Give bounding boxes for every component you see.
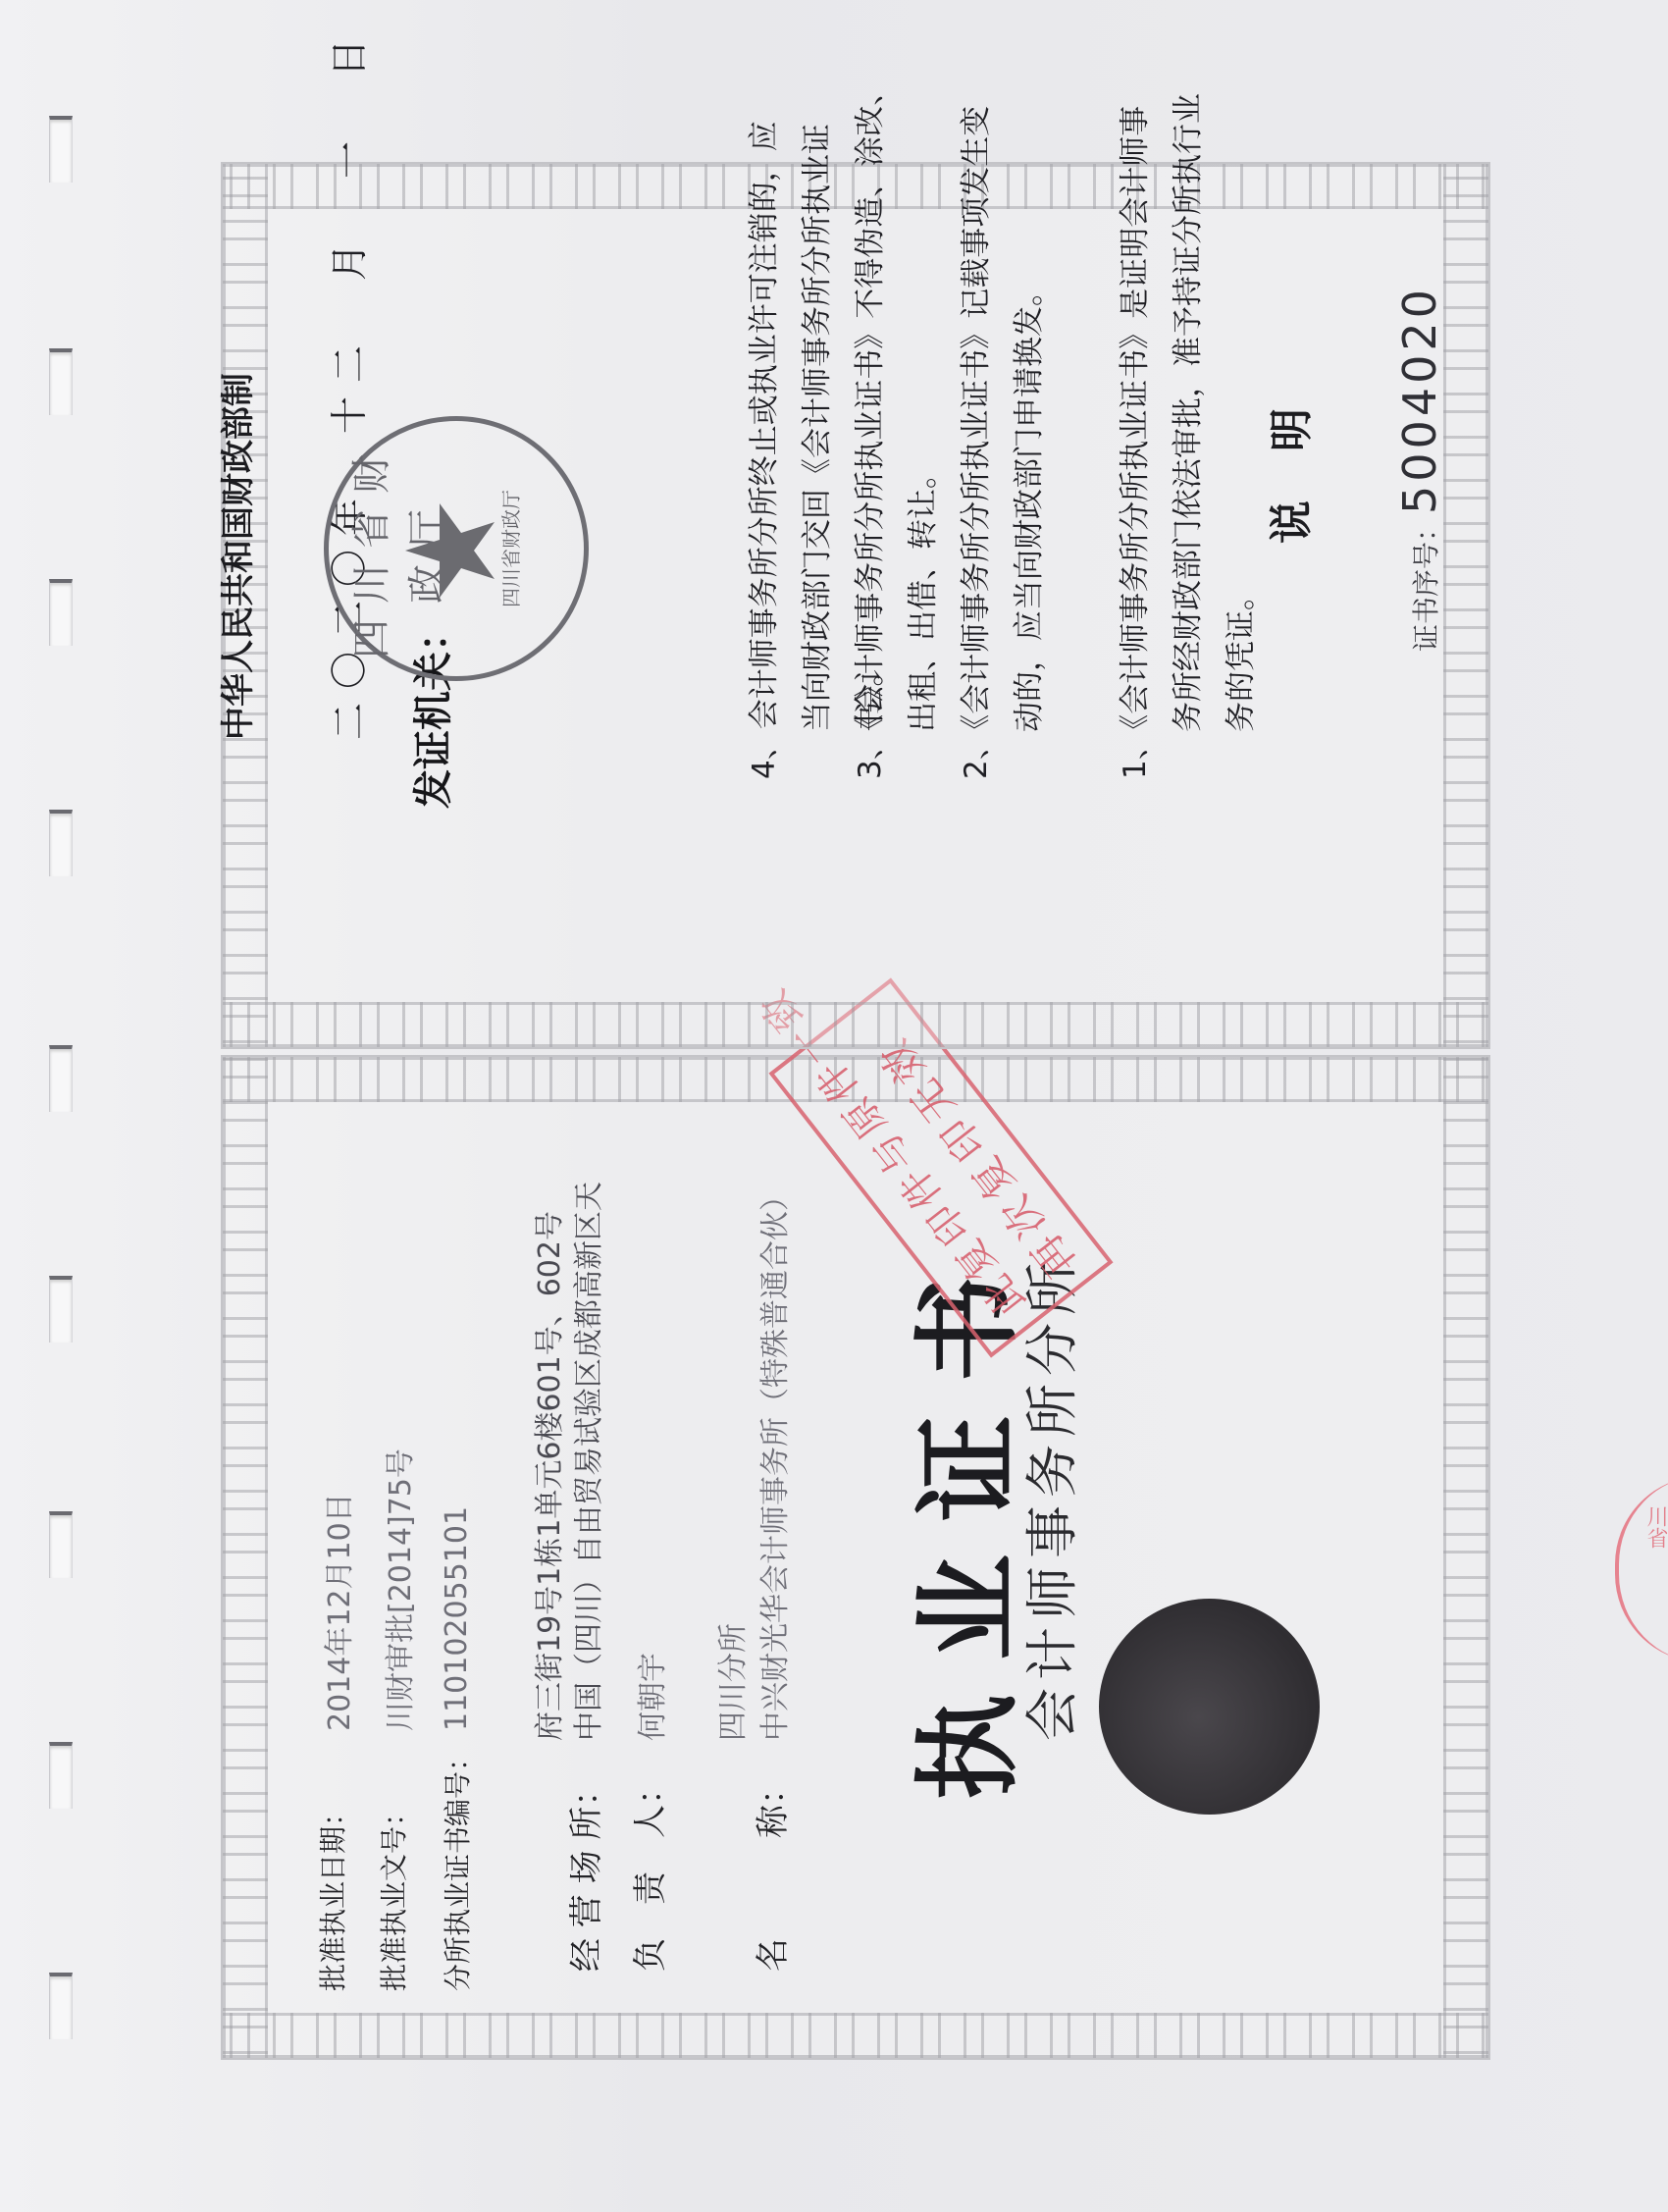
info-label-approval-date: 批准执业日期： xyxy=(312,1799,351,1991)
field-value-name-line2: 四川分所 xyxy=(708,1623,752,1741)
serial-number: 证书序号：5004020 xyxy=(1393,286,1446,652)
border-pattern xyxy=(223,1057,268,2058)
border-pattern xyxy=(1443,1057,1488,2058)
note-item-2: 2、《会计师事务所分所执业证书》记载事项发生变 动的，应当向财政部门申请换发。 xyxy=(950,106,1056,779)
serial-label: 证书序号： xyxy=(1410,514,1442,652)
field-value-address-line2: 府三街19号1栋1单元6楼601号、602号 xyxy=(525,1211,568,1741)
field-label-name: 名 称： xyxy=(746,1771,794,1972)
field-value-head: 何朝宇 xyxy=(628,1653,671,1741)
field-label-address: 经 营 场 所： xyxy=(559,1773,607,1972)
field-value-address: 中国（四川）自由贸易试验区成都高新区天 xyxy=(564,1182,607,1741)
serial-value: 5004020 xyxy=(1393,286,1446,514)
national-emblem-icon xyxy=(1099,1599,1320,1815)
maker-line: 中华人民共和国财政部制 xyxy=(211,373,259,740)
border-pattern xyxy=(223,1002,1488,1047)
border-pattern xyxy=(1443,164,1488,1047)
info-value-cert-number: 110102055101 xyxy=(440,1506,474,1731)
border-pattern xyxy=(223,2013,1488,2058)
info-label-cert-number: 分所执业证书编号： xyxy=(437,1744,476,1991)
info-value-approval-date: 2014年12月10日 xyxy=(315,1493,358,1731)
info-value-approval-doc: 川财审批[2014]75号 xyxy=(376,1448,419,1731)
note-item-1: 1、《会计师事务所分所执业证书》是证明会计师事 务所经财政部门依法审批，准予持证… xyxy=(1109,93,1268,779)
field-value-name: 中兴财光华会计师事务所（特殊普通合伙） xyxy=(751,1182,794,1741)
certificate: 会计师事务所分所 执业证书 名 称： 中兴财光华会计师事务所（特殊普通合伙） 四… xyxy=(0,0,1668,2212)
scanned-page: 川省 会计师事务所分所 执业证书 名 称： 中兴财光华会计师事务所（特殊普通合伙… xyxy=(0,0,1668,2212)
note-item-4: 4、会计师事务所分所终止或执业许可注销的，应 当向财政部门交回《会计师事务所分所… xyxy=(738,121,897,779)
field-label-head: 负 责 人： xyxy=(623,1771,671,1972)
info-label-approval-doc: 批准执业文号： xyxy=(373,1799,412,1991)
issuer-seal: 四川省财政厅 四川省财政厅 xyxy=(324,416,589,681)
